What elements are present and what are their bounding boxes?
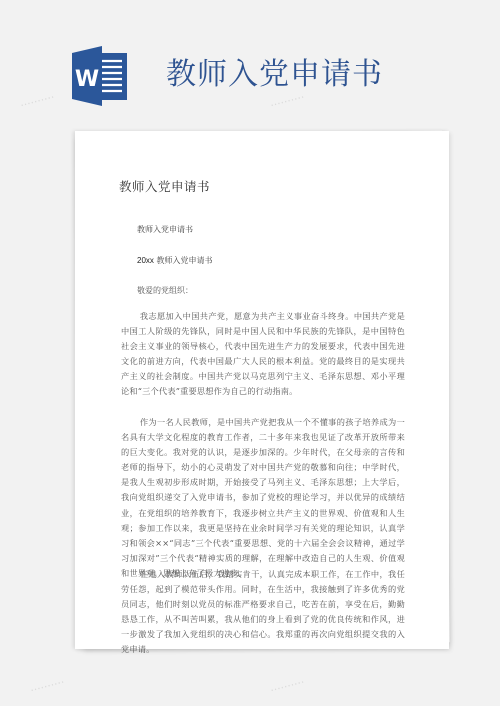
paragraph-1: 我志愿加入中国共产党，愿意为共产主义事业奋斗终身。中国共产党是中国工人阶级的先锋… — [121, 309, 405, 400]
header-banner: W 教师入党申请书 — [0, 0, 500, 120]
document-subtitle: 教师入党申请书 — [137, 224, 193, 235]
dated-title-year: 20xx — [137, 256, 154, 265]
dated-title-text: 教师入党申请书 — [154, 256, 213, 265]
paragraph-3: 在进入教师队伍后，我踏实肯干，认真完成本职工作，在工作中，我任劳任怨，起到了模范… — [121, 567, 405, 658]
watermark: ·········· — [29, 676, 66, 698]
document-heading: 教师入党申请书 — [119, 177, 210, 195]
svg-text:W: W — [75, 67, 99, 92]
watermark: ·········· — [269, 676, 306, 698]
paragraph-2: 作为一名人民教师，是中国共产党把我从一个不懂事的孩子培养成为一名具有大学文化程度… — [121, 415, 405, 581]
banner-title: 教师入党申请书 — [166, 55, 383, 95]
dated-title: 20xx 教师入党申请书 — [137, 255, 212, 266]
greeting: 敬爱的党组织： — [137, 285, 193, 296]
word-document-icon: W — [69, 44, 133, 108]
document-page: 教师入党申请书 教师入党申请书 20xx 教师入党申请书 敬爱的党组织： 我志愿… — [75, 131, 449, 649]
